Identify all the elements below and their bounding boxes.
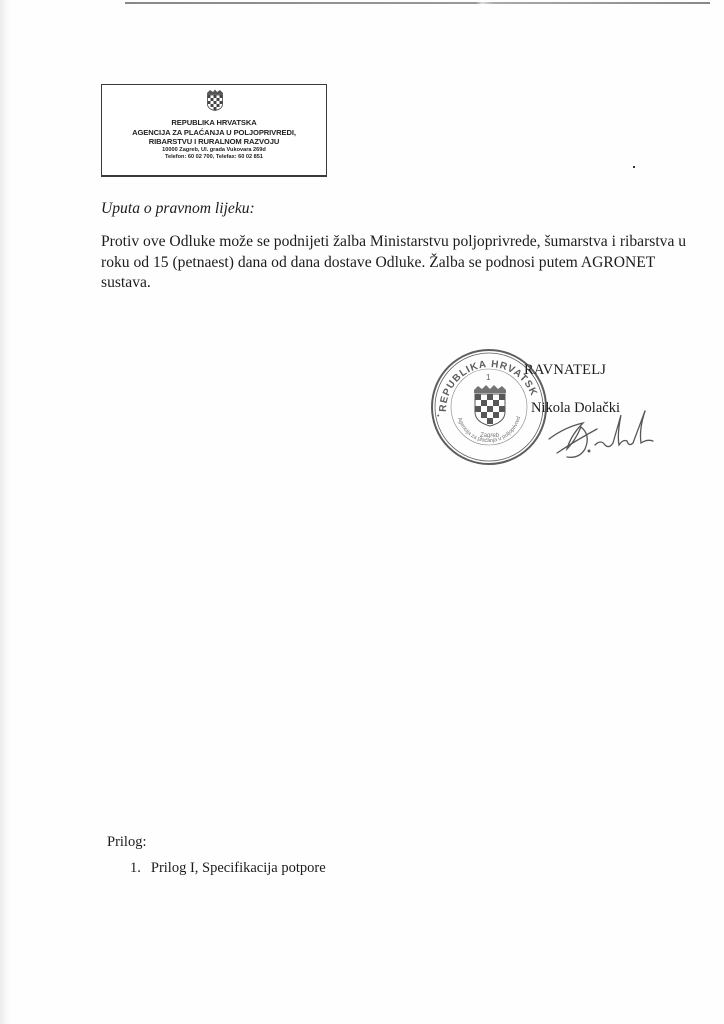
document-page: REPUBLIKA HRVATSKA AGENCIJA ZA PLAĆANJA … xyxy=(0,0,724,1024)
header-address: 10000 Zagreb, Ul. grada Vukovara 269d xyxy=(102,147,326,154)
croatian-coat-of-arms-icon xyxy=(206,89,224,111)
handwritten-signature xyxy=(545,405,665,465)
header-agency: AGENCIJA ZA PLAĆANJA U POLJOPRIVREDI, xyxy=(102,128,326,138)
agency-header-text: REPUBLIKA HRVATSKA AGENCIJA ZA PLAĆANJA … xyxy=(102,118,326,162)
legal-remedy-title: Uputa o pravnom lijeku: xyxy=(101,199,255,218)
header-republic: REPUBLIKA HRVATSKA xyxy=(102,118,326,128)
official-seal-icon: REPUBLIKA HRVATSKA • 1 Zagreb Agencija z… xyxy=(428,346,550,468)
svg-text:1: 1 xyxy=(486,373,491,382)
legal-remedy-paragraph: Protiv ove Odluke može se podnijeti žalb… xyxy=(101,232,626,294)
attachments-label: Prilog: xyxy=(107,834,146,851)
paragraph-line: roku od 15 (petnaest) dana od dana dosta… xyxy=(101,253,626,274)
paragraph-line: sustava. xyxy=(101,273,626,294)
svg-text:•: • xyxy=(437,413,440,420)
attachment-text: Prilog I, Specifikacija potpore xyxy=(151,860,326,877)
header-contact: Telefon: 60 02 700, Telefax: 60 02 851 xyxy=(102,154,326,161)
paragraph-line: Protiv ove Odluke može se podnijeti žalb… xyxy=(101,232,626,253)
scan-speck xyxy=(633,166,635,168)
attachment-number: 1. xyxy=(130,860,141,877)
attachment-item: 1. Prilog I, Specifikacija potpore xyxy=(130,860,326,877)
header-agency-cont: RIBARSTVU I RURALNOM RAZVOJU xyxy=(102,137,326,147)
top-rule xyxy=(125,2,710,4)
scan-edge-shadow xyxy=(0,0,10,1024)
agency-header-box: REPUBLIKA HRVATSKA AGENCIJA ZA PLAĆANJA … xyxy=(101,84,327,177)
